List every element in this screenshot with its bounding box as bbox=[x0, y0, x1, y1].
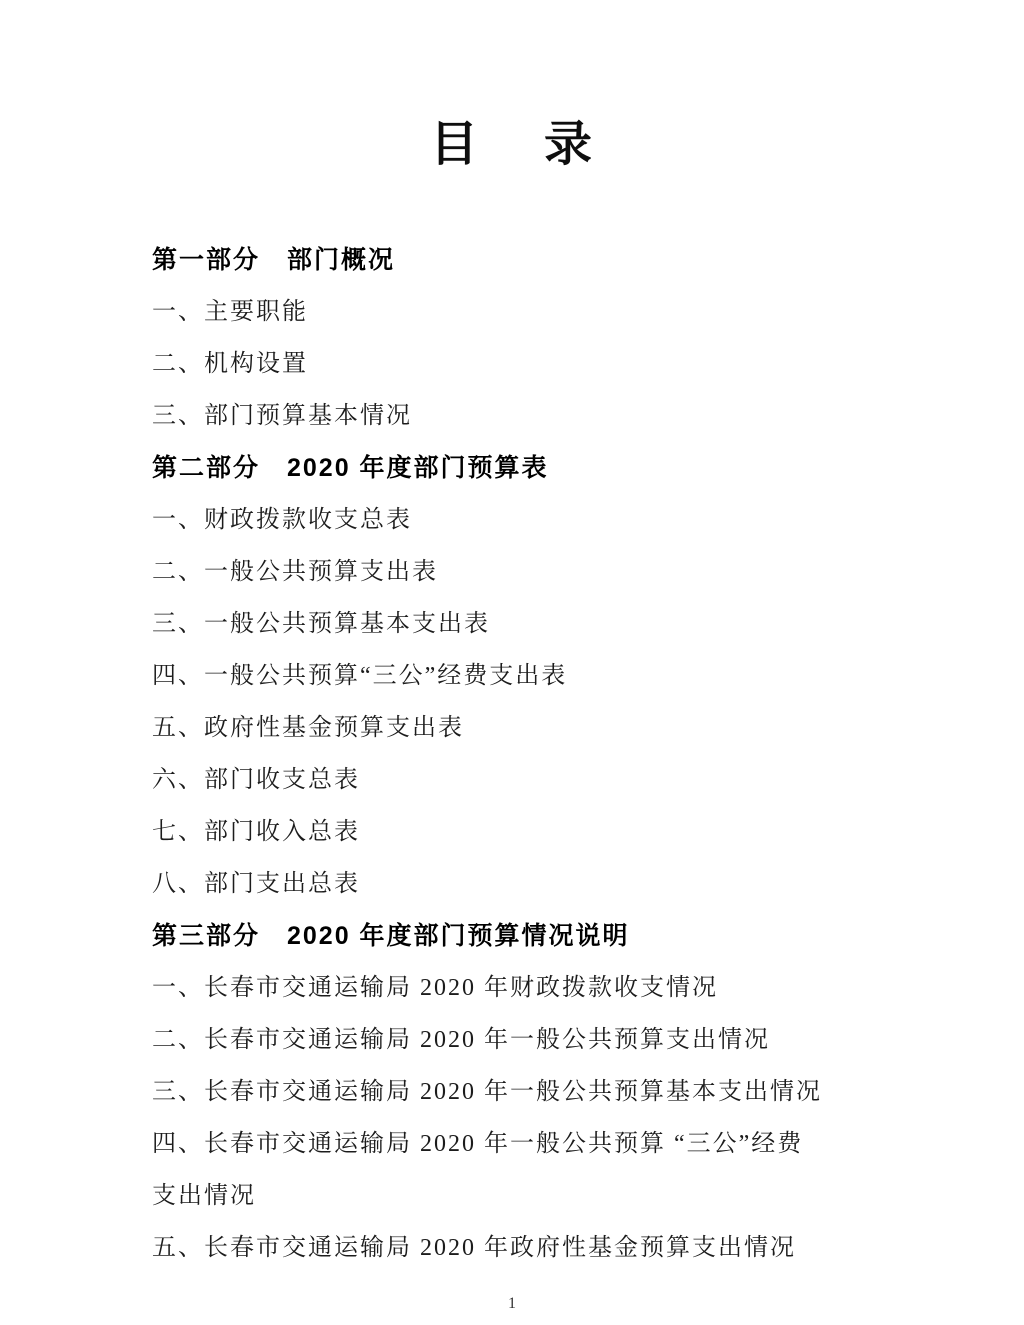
toc-item: 四、一般公共预算“三公”经费支出表 bbox=[152, 650, 898, 702]
toc-item: 四、长春市交通运输局 2020 年一般公共预算 “三公”经费 bbox=[152, 1118, 898, 1170]
toc-item: 八、部门支出总表 bbox=[152, 858, 898, 910]
page-number: 1 bbox=[0, 1292, 1024, 1316]
document-page: 目 录 第一部分 部门概况 一、主要职能 二、机构设置 三、部门预算基本情况 第… bbox=[0, 0, 1024, 1325]
toc-item: 三、长春市交通运输局 2020 年一般公共预算基本支出情况 bbox=[152, 1066, 898, 1118]
toc-item: 二、一般公共预算支出表 bbox=[152, 546, 898, 598]
toc-item: 三、部门预算基本情况 bbox=[152, 390, 898, 442]
toc-item: 五、政府性基金预算支出表 bbox=[152, 702, 898, 754]
toc-item: 二、长春市交通运输局 2020 年一般公共预算支出情况 bbox=[152, 1014, 898, 1066]
toc-item: 七、部门收入总表 bbox=[152, 806, 898, 858]
toc-part2-heading: 第二部分 2020 年度部门预算表 bbox=[152, 442, 898, 494]
toc-item-continuation: 支出情况 bbox=[152, 1170, 898, 1222]
toc-item: 五、长春市交通运输局 2020 年政府性基金预算支出情况 bbox=[152, 1222, 898, 1274]
toc-item: 一、财政拨款收支总表 bbox=[152, 494, 898, 546]
toc-item: 六、部门收支总表 bbox=[152, 754, 898, 806]
toc-part1-heading: 第一部分 部门概况 bbox=[152, 234, 898, 286]
table-of-contents: 第一部分 部门概况 一、主要职能 二、机构设置 三、部门预算基本情况 第二部分 … bbox=[152, 234, 898, 1274]
document-title: 目 录 bbox=[0, 112, 1024, 178]
toc-item: 一、主要职能 bbox=[152, 286, 898, 338]
toc-part3-heading: 第三部分 2020 年度部门预算情况说明 bbox=[152, 910, 898, 962]
toc-item: 二、机构设置 bbox=[152, 338, 898, 390]
toc-item: 一、长春市交通运输局 2020 年财政拨款收支情况 bbox=[152, 962, 898, 1014]
toc-item: 三、一般公共预算基本支出表 bbox=[152, 598, 898, 650]
